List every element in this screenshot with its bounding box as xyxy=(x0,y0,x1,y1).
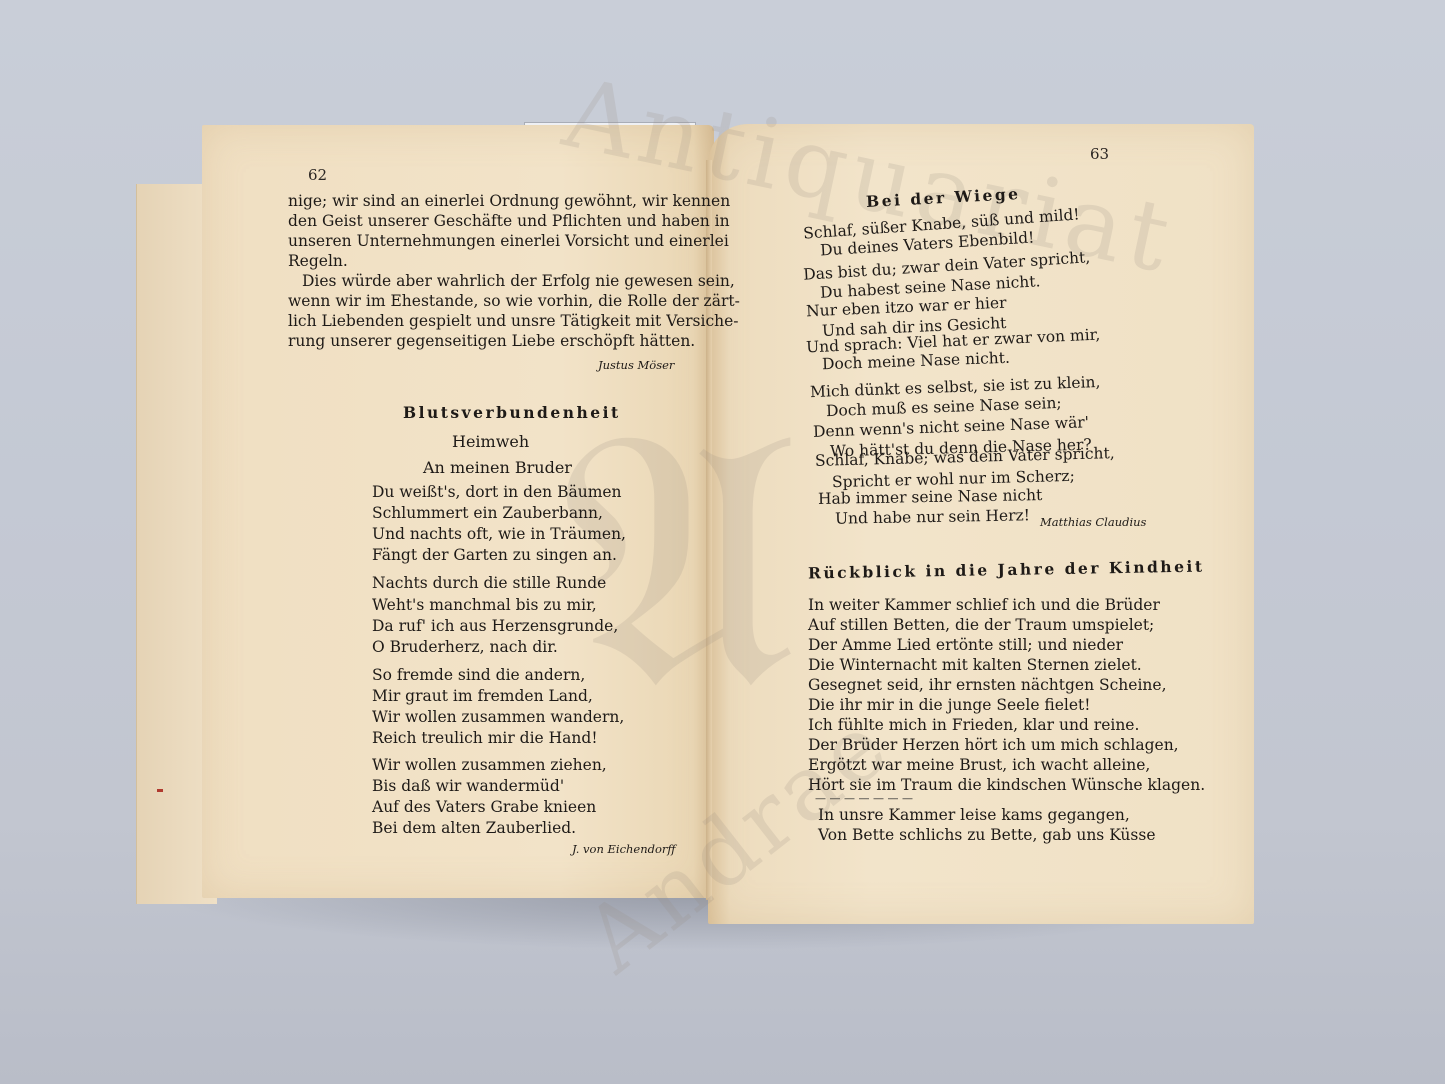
poem-line: Wir wollen zusammen ziehen, xyxy=(372,756,607,774)
poem-line: O Bruderherz, nach dir. xyxy=(372,638,558,656)
poem-line: Die ihr mir in die junge Seele fielet! xyxy=(808,696,1091,714)
poem-line: Bei dem alten Zauberlied. xyxy=(372,819,576,837)
poem-line: Du weißt's, dort in den Bäumen xyxy=(372,483,622,501)
prose-author: Justus Möser xyxy=(598,358,674,372)
poem-line: Mir graut im fremden Land, xyxy=(372,687,593,705)
prose-line: unseren Unternehmungen einerlei Vorsicht… xyxy=(288,232,729,250)
poem-author: Matthias Claudius xyxy=(1040,515,1146,529)
page-number-right: 63 xyxy=(1090,145,1109,163)
poem-line: Auf stillen Betten, die der Traum umspie… xyxy=(808,616,1154,634)
poem-author: J. von Eichendorff xyxy=(572,842,676,856)
poem-line: Bis daß wir wandermüd' xyxy=(372,777,564,795)
poem-line: In unsre Kammer leise kams gegangen, xyxy=(818,806,1130,824)
poem-line: Nachts durch die stille Runde xyxy=(372,574,606,592)
poem-subtitle: An meinen Bruder xyxy=(423,458,572,477)
poem-line: In weiter Kammer schlief ich und die Brü… xyxy=(808,596,1160,614)
poem-line: Der Amme Lied ertönte still; und nieder xyxy=(808,636,1123,654)
poem-line: Auf des Vaters Grabe knieen xyxy=(372,798,596,816)
prose-line: wenn wir im Ehestande, so wie vorhin, di… xyxy=(288,292,740,310)
poem-line: Ich fühlte mich in Frieden, klar und rei… xyxy=(808,716,1139,734)
poem-line: Der Brüder Herzen hört ich um mich schla… xyxy=(808,736,1179,754)
prose-line: Regeln. xyxy=(288,252,348,270)
poem-line: Gesegnet seid, ihr ernsten nächtgen Sche… xyxy=(808,676,1167,694)
poem-line: Ergötzt war meine Brust, ich wacht allei… xyxy=(808,756,1150,774)
poem-line: Von Bette schlichs zu Bette, gab uns Küs… xyxy=(818,826,1156,844)
prose-line: den Geist unserer Geschäfte und Pflichte… xyxy=(288,212,730,230)
poem-line: Reich treulich mir die Hand! xyxy=(372,729,598,747)
poem-line: Fängt der Garten zu singen an. xyxy=(372,546,617,564)
poem-line: Da ruf' ich aus Herzensgrunde, xyxy=(372,617,618,635)
poem-line: Und nachts oft, wie in Träumen, xyxy=(372,525,626,543)
red-page-marker xyxy=(157,789,163,792)
poem-line: Und habe nur sein Herz! xyxy=(835,506,1030,527)
prose-line: Dies würde aber wahrlich der Erfolg nie … xyxy=(302,272,735,290)
poem-line: Weht's manchmal bis zu mir, xyxy=(372,596,597,614)
separator-dashes: — — — — — — — xyxy=(815,792,913,805)
page-number-left: 62 xyxy=(308,166,327,184)
prose-line: rung unserer gegenseitigen Liebe erschöp… xyxy=(288,332,695,350)
poem-line: So fremde sind die andern, xyxy=(372,666,585,684)
poem-title: Heimweh xyxy=(452,432,529,451)
poem-line: Schlummert ein Zauberbann, xyxy=(372,504,603,522)
prose-line: nige; wir sind an einerlei Ordnung gewöh… xyxy=(288,192,730,210)
prose-line: lich Liebenden gespielt und unsre Tätigk… xyxy=(288,312,739,330)
poem-line: Wir wollen zusammen wandern, xyxy=(372,708,624,726)
poem-line: Die Winternacht mit kalten Sternen ziele… xyxy=(808,656,1142,674)
book-gutter xyxy=(706,160,712,900)
section-title: Blutsverbundenheit xyxy=(403,403,621,422)
